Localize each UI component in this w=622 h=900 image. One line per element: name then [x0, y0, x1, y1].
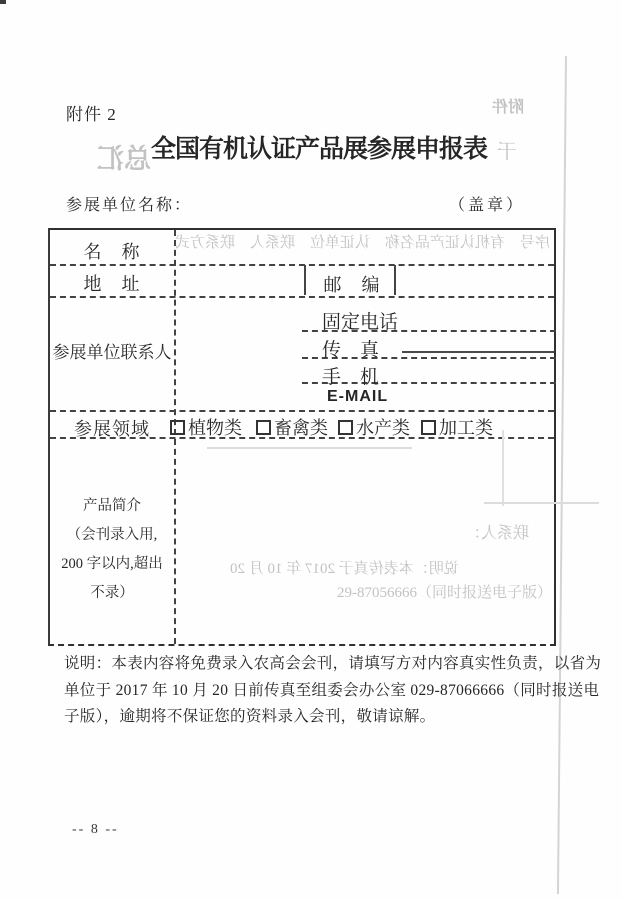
exhibition-field-label: 参展领域	[50, 415, 174, 441]
bleedthrough-date-text: 说明：本表传真于 2017 年 10 月 20	[230, 557, 459, 578]
checkbox-processing	[421, 420, 436, 435]
note-line-1: 说明：本表内容将免费录入农高会会刊，请填写方对内容真实性负责，以省为	[64, 651, 601, 678]
page-number: -- 8 --	[72, 822, 119, 838]
product-intro-line-1: 产品简介	[52, 492, 172, 521]
bleedthrough-attachment-text: 附件	[492, 94, 524, 117]
field-option-label: 畜禽类	[274, 418, 328, 438]
field-option-aquatic: 水产类	[338, 414, 410, 440]
field-option-label: 水产类	[356, 418, 410, 438]
page-title: 全国有机认证产品展参展申报表	[16, 129, 622, 165]
note-line-2: 单位于 2017 年 10 月 20 日前传真至组委会办公室 029-87066…	[64, 678, 601, 705]
field-option-label: 加工类	[439, 418, 493, 438]
mobile-label: 手 机	[322, 362, 379, 389]
note-line-3: 子版），逾期将不保证您的资料录入会刊，敬请谅解。	[64, 704, 601, 731]
email-label: E-MAIL	[327, 388, 388, 406]
bleedthrough-line-artifact-2	[502, 430, 504, 506]
field-option-livestock: 畜禽类	[256, 414, 328, 440]
fax-label: 传 真	[322, 335, 379, 362]
checkbox-livestock	[256, 420, 271, 435]
bleedthrough-contact-text: 联系人：	[465, 520, 529, 543]
row-divider-2	[50, 296, 554, 298]
product-intro-line-4: 不录）	[52, 579, 172, 608]
scan-edge-line	[557, 56, 567, 894]
postal-code-label: 邮 编	[306, 271, 398, 297]
bleedthrough-line-artifact-3	[484, 502, 599, 504]
product-intro-label: 产品简介 （会刊录入用, 200 字以内,超出 不录）	[52, 492, 172, 608]
field-option-processing: 加工类	[421, 414, 493, 440]
row-divider-3	[50, 410, 554, 412]
bleedthrough-line-artifact-1	[207, 447, 412, 449]
row-divider-1	[50, 264, 554, 266]
fax-fill-line	[402, 351, 554, 353]
name-row-label: 名 称	[50, 238, 174, 264]
field-option-plant: 植物类	[170, 414, 242, 440]
application-form-table: 序号 有机认证产品名称 认证单位 联系人 联系方式 名 称 地 址 邮 编 参展…	[48, 228, 556, 646]
scanned-document-page: 附件 2 附件 总汇 干 全国有机认证产品展参展申报表 参展单位名称： （盖章）…	[0, 0, 622, 900]
field-option-label: 植物类	[188, 418, 242, 438]
product-intro-line-3: 200 字以内,超出	[52, 550, 172, 579]
attachment-label: 附件 2	[66, 100, 117, 125]
checkbox-aquatic	[338, 420, 353, 435]
bleedthrough-phone-text: 29-87056666（同时报送电子版）	[337, 581, 552, 602]
address-row-label: 地 址	[50, 270, 174, 296]
stamp-label: （盖章）	[449, 192, 525, 215]
scan-speck	[0, 0, 6, 4]
unit-name-label: 参展单位名称：	[66, 192, 192, 215]
note-paragraph: 说明：本表内容将免费录入农高会会刊，请填写方对内容真实性负责，以省为 单位于 2…	[64, 651, 601, 731]
product-intro-line-2: （会刊录入用,	[52, 521, 172, 550]
checkbox-plant	[170, 420, 185, 435]
fixed-phone-label: 固定电话	[322, 307, 398, 334]
contact-person-label: 参展单位联系人	[50, 338, 174, 363]
